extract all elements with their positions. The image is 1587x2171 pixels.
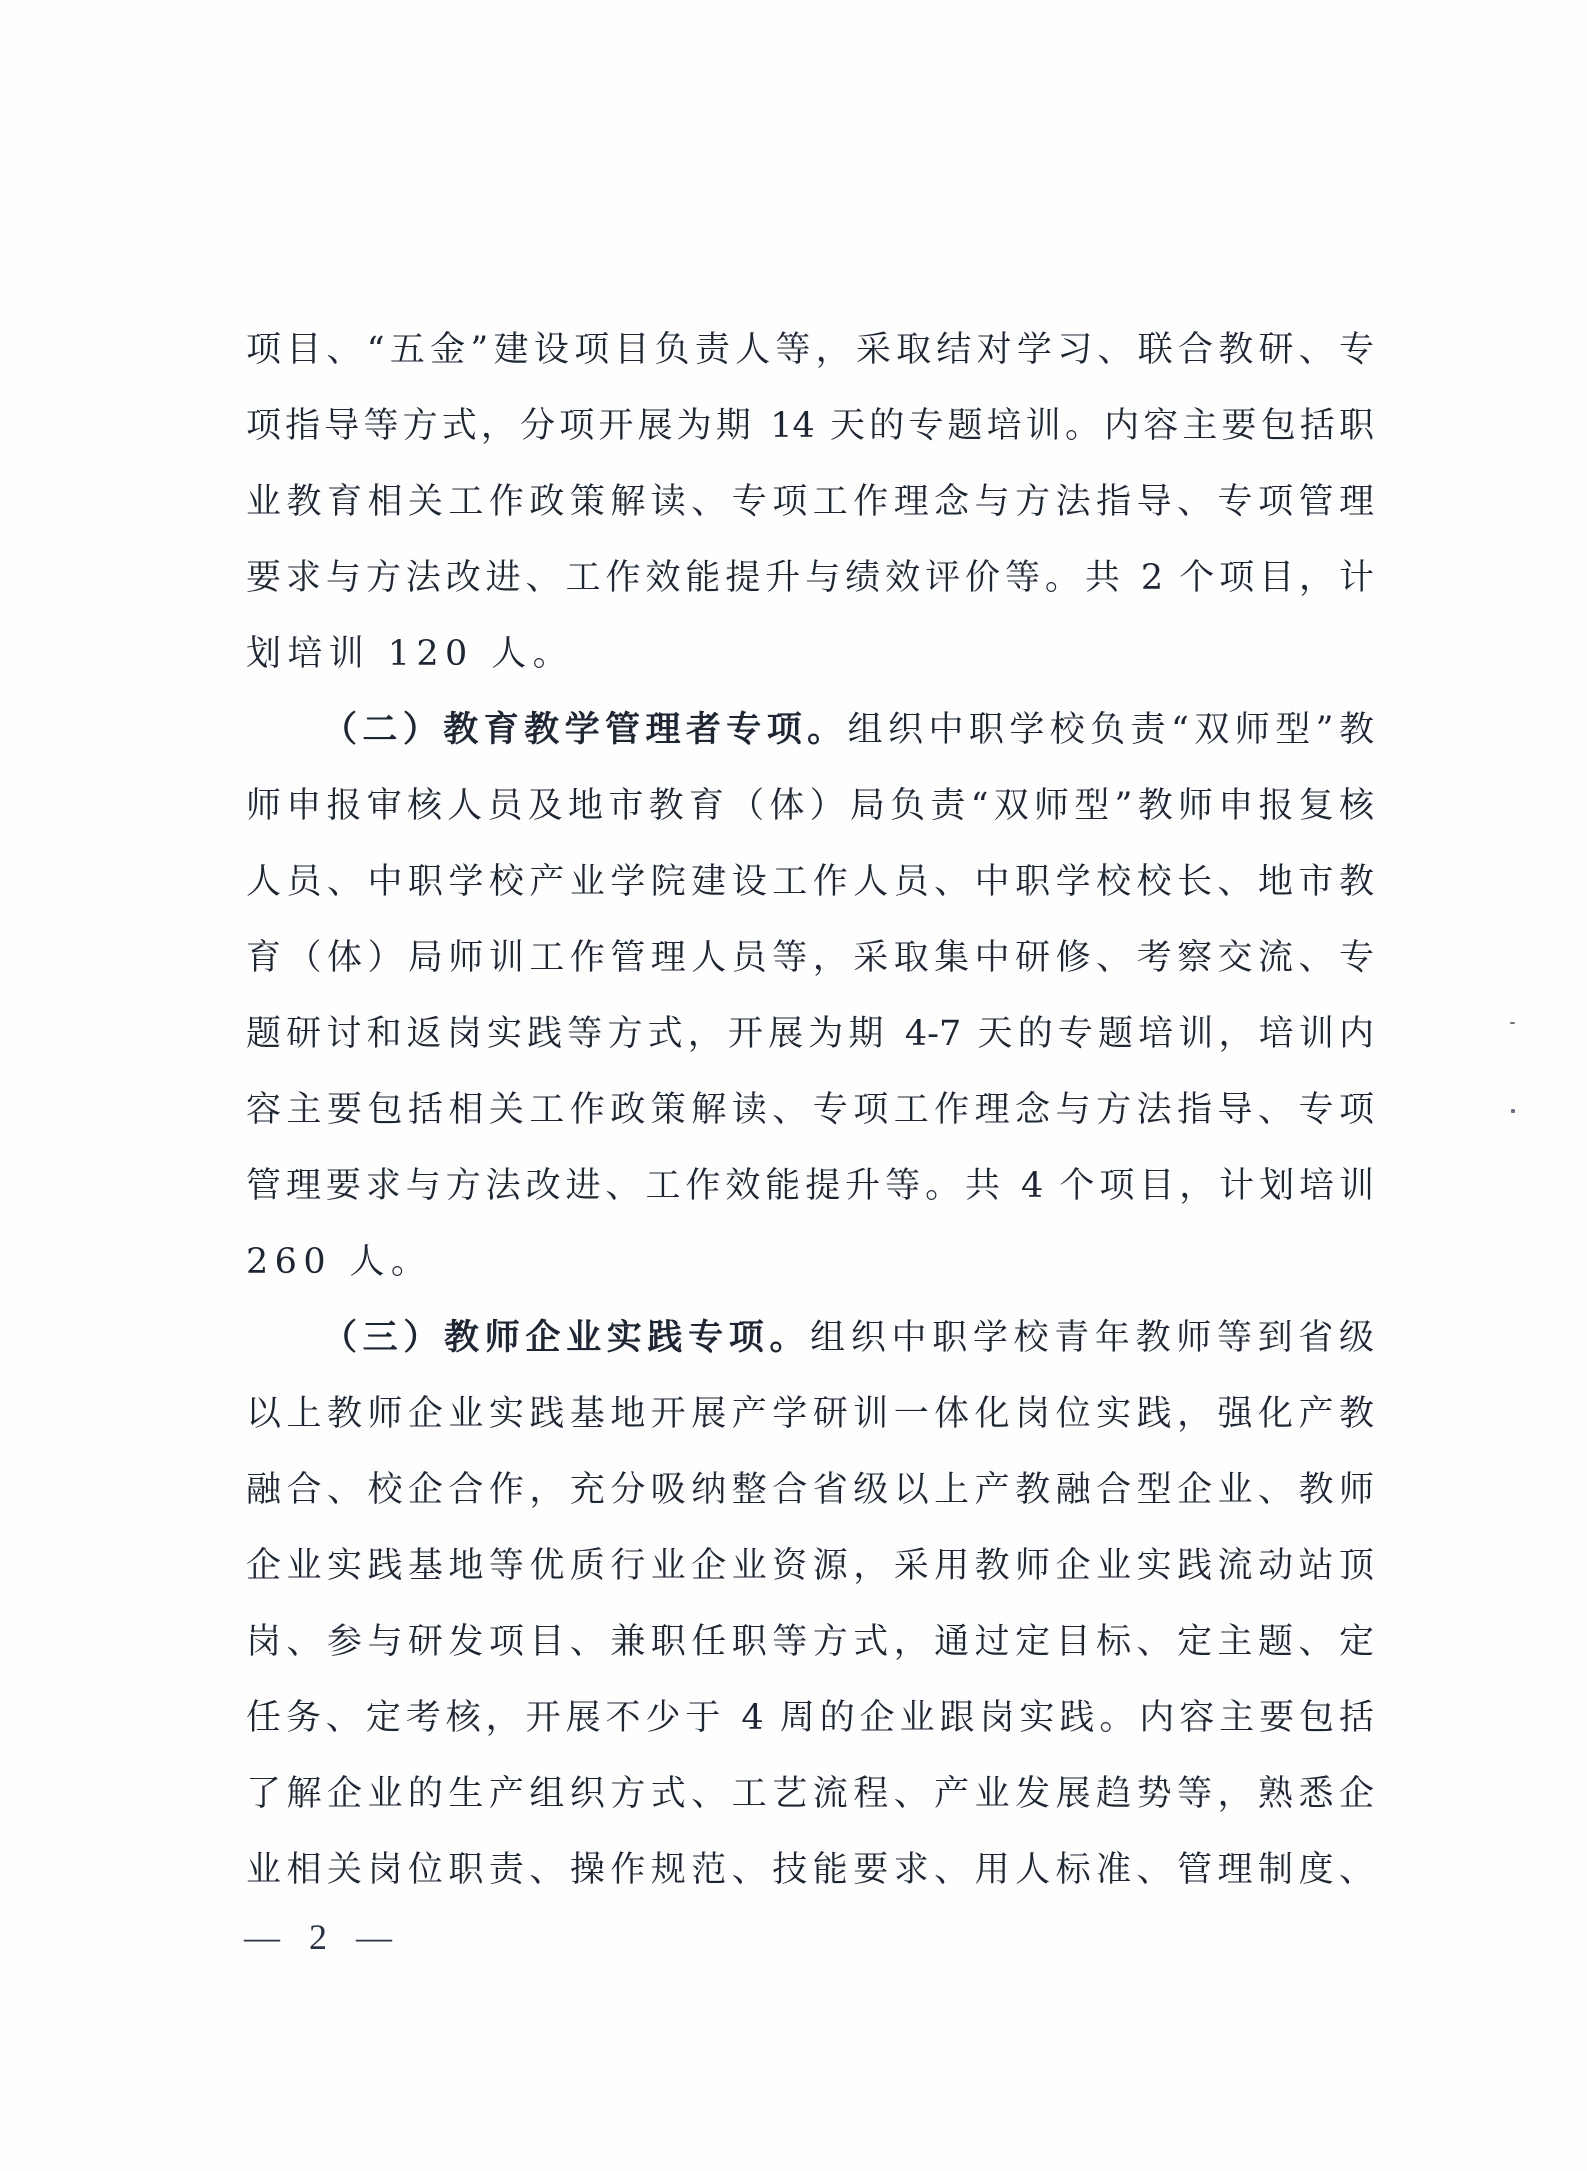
text-line: 业教育相关工作政策解读、专项工作理念与方法指导、专项管理 bbox=[246, 464, 1374, 540]
text-line: 任务、定考核，开展不少于 4 周的企业跟岗实践。内容主要包括 bbox=[246, 1680, 1374, 1756]
text-line: 人员、中职学校产业学院建设工作人员、中职学校校长、地市教 bbox=[246, 844, 1374, 920]
text-line: 业相关岗位职责、操作规范、技能要求、用人标准、管理制度、 bbox=[246, 1832, 1374, 1908]
text-line: 260 人。 bbox=[246, 1224, 1374, 1300]
text-line: 要求与方法改进、工作效能提升与绩效评价等。共 2 个项目，计 bbox=[246, 540, 1374, 616]
text-line: 以上教师企业实践基地开展产学研训一体化岗位实践，强化产教 bbox=[246, 1376, 1374, 1452]
scan-artifact bbox=[1510, 1022, 1515, 1024]
text-line: 育（体）局师训工作管理人员等，采取集中研修、考察交流、专 bbox=[246, 920, 1374, 996]
text-line: 项目、“五金”建设项目负责人等，采取结对学习、联合教研、专 bbox=[246, 312, 1374, 388]
text-line: 题研讨和返岗实践等方式，开展为期 4-7 天的专题培训，培训内 bbox=[246, 996, 1374, 1072]
document-body: 项目、“五金”建设项目负责人等，采取结对学习、联合教研、专 项指导等方式，分项开… bbox=[246, 312, 1374, 1908]
text-line: 划培训 120 人。 bbox=[246, 616, 1374, 692]
text-span: 组织中职学校青年教师等到省级 bbox=[810, 1318, 1374, 1358]
text-line: 管理要求与方法改进、工作效能提升等。共 4 个项目，计划培训 bbox=[246, 1148, 1374, 1224]
text-line: 师申报审核人员及地市教育（体）局负责“双师型”教师申报复核 bbox=[246, 768, 1374, 844]
text-line: 了解企业的生产组织方式、工艺流程、产业发展趋势等，熟悉企 bbox=[246, 1756, 1374, 1832]
paragraph-continuation: 项目、“五金”建设项目负责人等，采取结对学习、联合教研、专 项指导等方式，分项开… bbox=[246, 312, 1374, 692]
text-line: （三）教师企业实践专项。组织中职学校青年教师等到省级 bbox=[246, 1300, 1374, 1376]
document-page: 项目、“五金”建设项目负责人等，采取结对学习、联合教研、专 项指导等方式，分项开… bbox=[0, 0, 1587, 2171]
section-heading: （二）教育教学管理者专项。 bbox=[322, 709, 848, 750]
text-line: （二）教育教学管理者专项。组织中职学校负责“双师型”教 bbox=[246, 692, 1374, 768]
text-line: 融合、校企合作，充分吸纳整合省级以上产教融合型企业、教师 bbox=[246, 1452, 1374, 1528]
paragraph-section-2: （二）教育教学管理者专项。组织中职学校负责“双师型”教 师申报审核人员及地市教育… bbox=[246, 692, 1374, 1300]
text-span: 组织中职学校负责“双师型”教 bbox=[848, 710, 1374, 750]
section-heading: （三）教师企业实践专项。 bbox=[322, 1317, 810, 1358]
scan-artifact bbox=[1511, 1109, 1515, 1113]
paragraph-section-3: （三）教师企业实践专项。组织中职学校青年教师等到省级 以上教师企业实践基地开展产… bbox=[246, 1300, 1374, 1908]
text-line: 项指导等方式，分项开展为期 14 天的专题培训。内容主要包括职 bbox=[246, 388, 1374, 464]
page-number: — 2 — bbox=[244, 1916, 402, 1958]
text-line: 岗、参与研发项目、兼职任职等方式，通过定目标、定主题、定 bbox=[246, 1604, 1374, 1680]
text-line: 企业实践基地等优质行业企业资源，采用教师企业实践流动站顶 bbox=[246, 1528, 1374, 1604]
text-line: 容主要包括相关工作政策解读、专项工作理念与方法指导、专项 bbox=[246, 1072, 1374, 1148]
